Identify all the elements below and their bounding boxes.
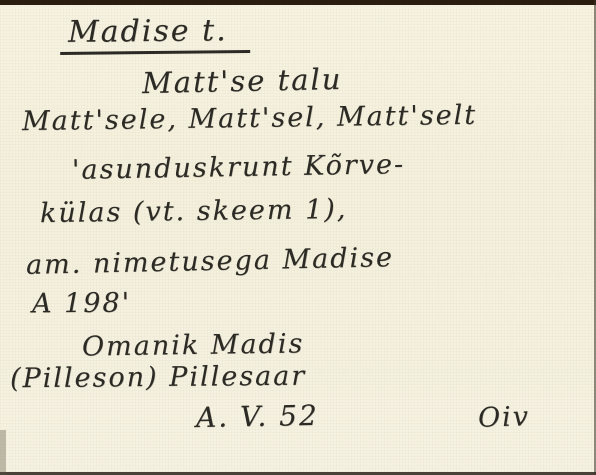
handwritten-line: am. nimetusega Madise [26, 242, 395, 281]
scanned-card: Madise t. Matt'se talu Matt'sele, Matt's… [0, 0, 596, 475]
handwritten-line: Matt'sele, Matt'sel, Matt'selt [22, 100, 478, 137]
handwritten-line: (Pilleson) Pillesaar [10, 361, 306, 395]
scan-edge-artifact [0, 430, 6, 475]
handwritten-line: 'asunduskrunt Kõrve- [72, 149, 406, 186]
card-heading: Madise t. [60, 13, 250, 55]
handwritten-line: külas (vt. skeem 1), [40, 194, 348, 229]
collector-signature: Oiv [477, 401, 530, 434]
dateline: A. V. 52 [196, 399, 319, 434]
scan-edge-top [0, 0, 596, 5]
handwritten-line: Matt'se talu [142, 62, 343, 100]
handwritten-line: Omanik Madis [82, 328, 305, 362]
handwritten-line: A 198' [32, 288, 131, 320]
